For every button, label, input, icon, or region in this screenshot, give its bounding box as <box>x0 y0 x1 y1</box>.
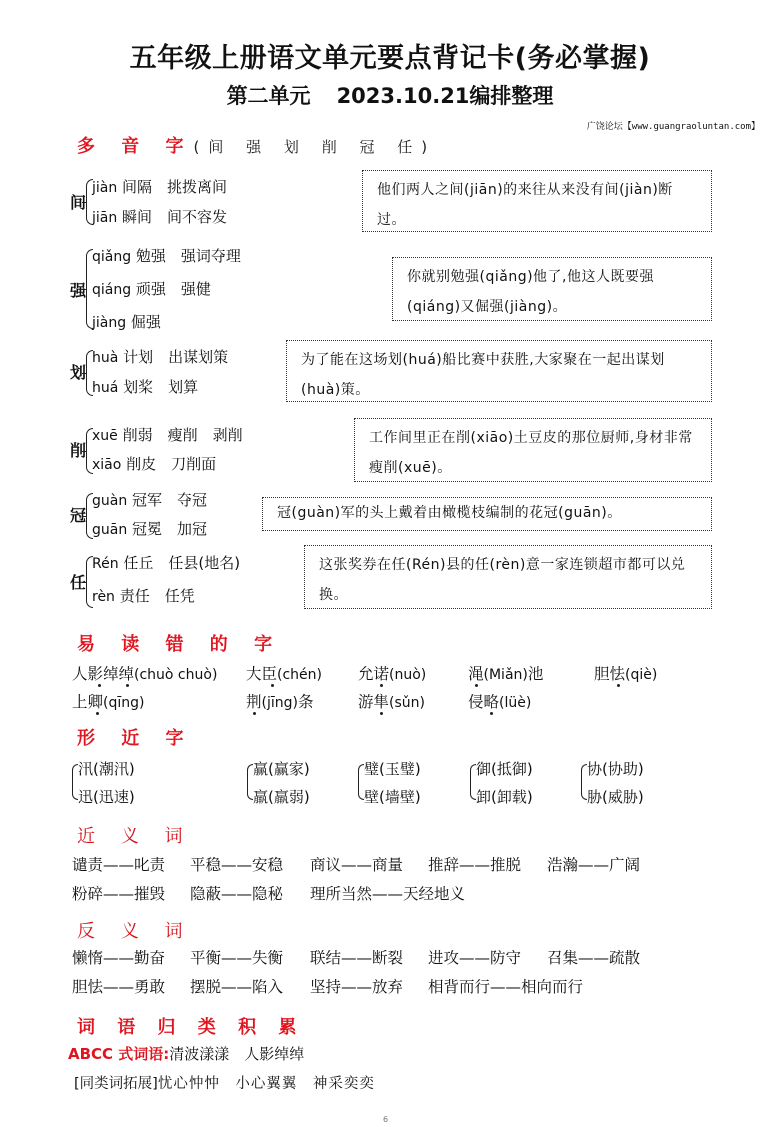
antonym-pair: 懒惰——勤奋 <box>72 946 165 968</box>
word: 荆 <box>246 693 262 711</box>
misread-item: 上卿(qīng) <box>72 690 144 712</box>
synonyms-heading: 近 义 词 <box>77 822 192 848</box>
pinyin: qiǎng <box>92 249 131 265</box>
pinyin: huá <box>92 380 118 396</box>
similar-pair: 协(协助) 胁(威胁) <box>581 758 681 808</box>
polyphonic-char-list: (间 强 划 削 冠 任) <box>194 138 437 156</box>
similar-char: 协(协助) <box>587 758 644 779</box>
synonym-pair: 推辞——推脱 <box>428 853 521 875</box>
pinyin: xiāo <box>92 457 121 473</box>
pinyin: (lüè) <box>499 695 531 711</box>
similar-char: 迅(迅速) <box>78 786 135 807</box>
word: 渑 <box>468 665 484 683</box>
date-note: 2023.10.21编排整理 <box>337 84 554 108</box>
reading-line: xiāo 削皮 刀削面 <box>92 453 216 474</box>
reading-line: Rén 任丘 任县(地名) <box>92 552 240 573</box>
pinyin: guān <box>92 522 127 538</box>
word-suffix: 池 <box>528 665 544 683</box>
example-box-hua: 为了能在这场划(huá)船比赛中获胜,大家聚在一起出谋划(huà)策。 <box>286 340 712 402</box>
polyphonic-heading: 多 音 字(间 强 划 削 冠 任) <box>77 132 436 158</box>
emphasis-dot <box>380 684 383 687</box>
poly-char: 削 <box>70 438 86 461</box>
pinyin: qiáng <box>92 282 131 298</box>
similar-chars-heading: 形 近 字 <box>77 724 194 750</box>
reading-line: rèn 责任 任凭 <box>92 585 195 606</box>
synonym-pair: 商议——商量 <box>310 853 403 875</box>
misread-item: 侵略(lüè) <box>468 690 531 712</box>
polyphonic-group-qiang: 强 qiǎng 勉强 强词夺理 qiáng 顽强 强健 jiàng 倔强 <box>70 243 330 333</box>
extension-label: [同类词拓展] <box>74 1076 158 1092</box>
words: 瞬间 间不容发 <box>122 208 227 226</box>
misread-item: 大臣(chén) <box>246 662 322 684</box>
reading-line: jiān 瞬间 间不容发 <box>92 206 227 227</box>
emphasis-dot <box>490 712 493 715</box>
pinyin: guàn <box>92 493 127 509</box>
emphasis-dot <box>617 684 620 687</box>
words: 顽强 强健 <box>136 280 211 298</box>
misread-item: 荆(jīng)条 <box>246 690 314 712</box>
antonym-pair: 摆脱——陷入 <box>190 975 283 997</box>
pinyin: (chén) <box>277 667 322 683</box>
pinyin: jiān <box>92 210 117 226</box>
abcc-label: ABCC 式词语: <box>68 1045 169 1063</box>
pinyin: jiàng <box>92 315 126 331</box>
words: 削皮 刀削面 <box>126 455 216 473</box>
abcc-row: ABCC 式词语:清波漾漾 人影绰绰 <box>68 1043 304 1064</box>
emphasis-dot <box>253 712 256 715</box>
misread-item: 允诺(nuò) <box>358 662 426 684</box>
extension-row: [同类词拓展]忧心忡忡 小心翼翼 神采奕奕 <box>74 1072 375 1093</box>
polyphonic-group-jian: 间 jiàn 间隔 挑拨离间 jiān 瞬间 间不容发 <box>70 174 330 230</box>
pinyin: (chuò chuò) <box>134 667 217 683</box>
polyphonic-group-ren: 任 Rén 任丘 任县(地名) rèn 责任 任凭 <box>70 550 330 612</box>
synonym-pair: 浩瀚——广阔 <box>547 853 640 875</box>
poly-char: 划 <box>70 360 86 383</box>
word: 胆怯 <box>594 665 625 683</box>
similar-pair: 璧(玉璧) 壁(墙壁) <box>358 758 458 808</box>
emphasis-dot <box>271 684 274 687</box>
reading-line: guān 冠冕 加冠 <box>92 518 207 539</box>
similar-pair: 御(抵御) 卸(卸载) <box>470 758 570 808</box>
word-suffix: 条 <box>298 693 314 711</box>
words: 划桨 划算 <box>123 378 198 396</box>
reading-line: jiàng 倔强 <box>92 311 161 332</box>
synonym-pair: 隐蔽——隐秘 <box>190 882 283 904</box>
emphasis-dot <box>380 712 383 715</box>
antonym-pair: 进攻——防守 <box>428 946 521 968</box>
word-accumulation-heading: 词 语 归 类 积 累 <box>77 1013 304 1039</box>
emphasis-dot <box>98 684 101 687</box>
antonym-pair: 联结——断裂 <box>310 946 403 968</box>
misread-item: 游隼(sǔn) <box>358 690 425 712</box>
reading-line: huà 计划 出谋划策 <box>92 346 228 367</box>
words: 任丘 任县(地名) <box>123 554 240 572</box>
synonym-pair: 谴责——叱责 <box>72 853 165 875</box>
source-credit: 广饶论坛【www.guangraoluntan.com】 <box>587 119 760 132</box>
pinyin: (qiè) <box>625 667 657 683</box>
pinyin: (Miǎn) <box>484 667 528 683</box>
similar-char: 羸(羸弱) <box>253 786 310 807</box>
words: 倔强 <box>131 313 161 331</box>
word: 游隼 <box>358 693 389 711</box>
misread-item: 人影绰绰(chuò chuò) <box>72 662 217 684</box>
words: 责任 任凭 <box>120 587 195 605</box>
pinyin: huà <box>92 350 118 366</box>
reading-line: qiáng 顽强 强健 <box>92 278 211 299</box>
page-title: 五年级上册语文单元要点背记卡(务必掌握) <box>0 36 780 75</box>
synonym-pair: 理所当然——天经地义 <box>310 882 465 904</box>
reading-line: qiǎng 勉强 强词夺理 <box>92 245 241 266</box>
example-box-guan: 冠(guàn)军的头上戴着由橄榄枝编制的花冠(guān)。 <box>262 497 712 531</box>
antonym-pair: 平衡——失衡 <box>190 946 283 968</box>
emphasis-dot <box>96 712 99 715</box>
word: 上卿 <box>72 693 103 711</box>
pinyin: rèn <box>92 589 115 605</box>
polyphonic-group-guan: 冠 guàn 冠军 夺冠 guān 冠冕 加冠 <box>70 487 270 543</box>
abcc-words: 清波漾漾 人影绰绰 <box>169 1045 304 1063</box>
similar-char: 赢(赢家) <box>253 758 310 779</box>
unit-label: 第二单元 <box>227 84 311 108</box>
antonym-pair: 胆怯——勇敢 <box>72 975 165 997</box>
antonyms-heading: 反 义 词 <box>77 917 192 943</box>
example-box-xue: 工作间里正在削(xiāo)土豆皮的那位厨师,身材非常瘦削(xuē)。 <box>354 418 712 482</box>
word: 允诺 <box>358 665 389 683</box>
pinyin: (nuò) <box>389 667 426 683</box>
synonym-pair: 粉碎——摧毁 <box>72 882 165 904</box>
misread-item: 胆怯(qiè) <box>594 662 657 684</box>
word: 侵略 <box>468 693 499 711</box>
words: 间隔 挑拨离间 <box>122 178 227 196</box>
pinyin: (sǔn) <box>389 695 425 711</box>
similar-char: 汛(潮汛) <box>78 758 135 779</box>
misread-heading: 易 读 错 的 字 <box>77 630 282 656</box>
similar-char: 壁(墙壁) <box>364 786 421 807</box>
reading-line: huá 划桨 划算 <box>92 376 198 397</box>
emphasis-dot <box>126 684 129 687</box>
similar-char: 璧(玉璧) <box>364 758 421 779</box>
polyphonic-group-xue: 削 xuē 削弱 瘦削 剥削 xiāo 削皮 刀削面 <box>70 422 330 478</box>
words: 勉强 强词夺理 <box>136 247 241 265</box>
antonym-pair: 相背而行——相向而行 <box>428 975 583 997</box>
reading-line: guàn 冠军 夺冠 <box>92 489 207 510</box>
pinyin: Rén <box>92 556 119 572</box>
similar-char: 胁(威胁) <box>587 786 644 807</box>
page-subtitle: 第二单元2023.10.21编排整理 <box>0 80 780 110</box>
pinyin: (qīng) <box>103 695 144 711</box>
similar-pair: 赢(赢家) 羸(羸弱) <box>247 758 347 808</box>
word: 人影绰绰 <box>72 665 134 683</box>
words: 冠冕 加冠 <box>132 520 207 538</box>
word: 大臣 <box>246 665 277 683</box>
reading-line: xuē 削弱 瘦削 剥削 <box>92 424 243 445</box>
synonym-pair: 平稳——安稳 <box>190 853 283 875</box>
words: 冠军 夺冠 <box>132 491 207 509</box>
emphasis-dot <box>475 684 478 687</box>
antonym-pair: 召集——疏散 <box>547 946 640 968</box>
antonym-pair: 坚持——放弃 <box>310 975 403 997</box>
pinyin: jiàn <box>92 180 117 196</box>
reading-line: jiàn 间隔 挑拨离间 <box>92 176 227 197</box>
similar-char: 御(抵御) <box>476 758 533 779</box>
example-box-jian: 他们两人之间(jiān)的来往从来没有间(jiàn)断过。 <box>362 170 712 232</box>
pinyin: xuē <box>92 428 118 444</box>
extension-words: 忧心忡忡 小心翼翼 神采奕奕 <box>158 1076 375 1092</box>
words: 计划 出谋划策 <box>123 348 228 366</box>
similar-pair: 汛(潮汛) 迅(迅速) <box>72 758 192 808</box>
section-title: 多 音 字 <box>77 136 194 157</box>
example-box-qiang: 你就别勉强(qiǎng)他了,他这人既要强(qiáng)又倔强(jiàng)。 <box>392 257 712 321</box>
example-box-ren: 这张奖券在任(Rén)县的任(rèn)意一家连锁超市都可以兑换。 <box>304 545 712 609</box>
pinyin: (jīng) <box>262 695 298 711</box>
poly-char: 冠 <box>70 503 86 526</box>
misread-item: 渑(Miǎn)池 <box>468 662 543 684</box>
page-number: 6 <box>383 1115 388 1124</box>
words: 削弱 瘦削 剥削 <box>123 426 243 444</box>
similar-char: 卸(卸载) <box>476 786 533 807</box>
